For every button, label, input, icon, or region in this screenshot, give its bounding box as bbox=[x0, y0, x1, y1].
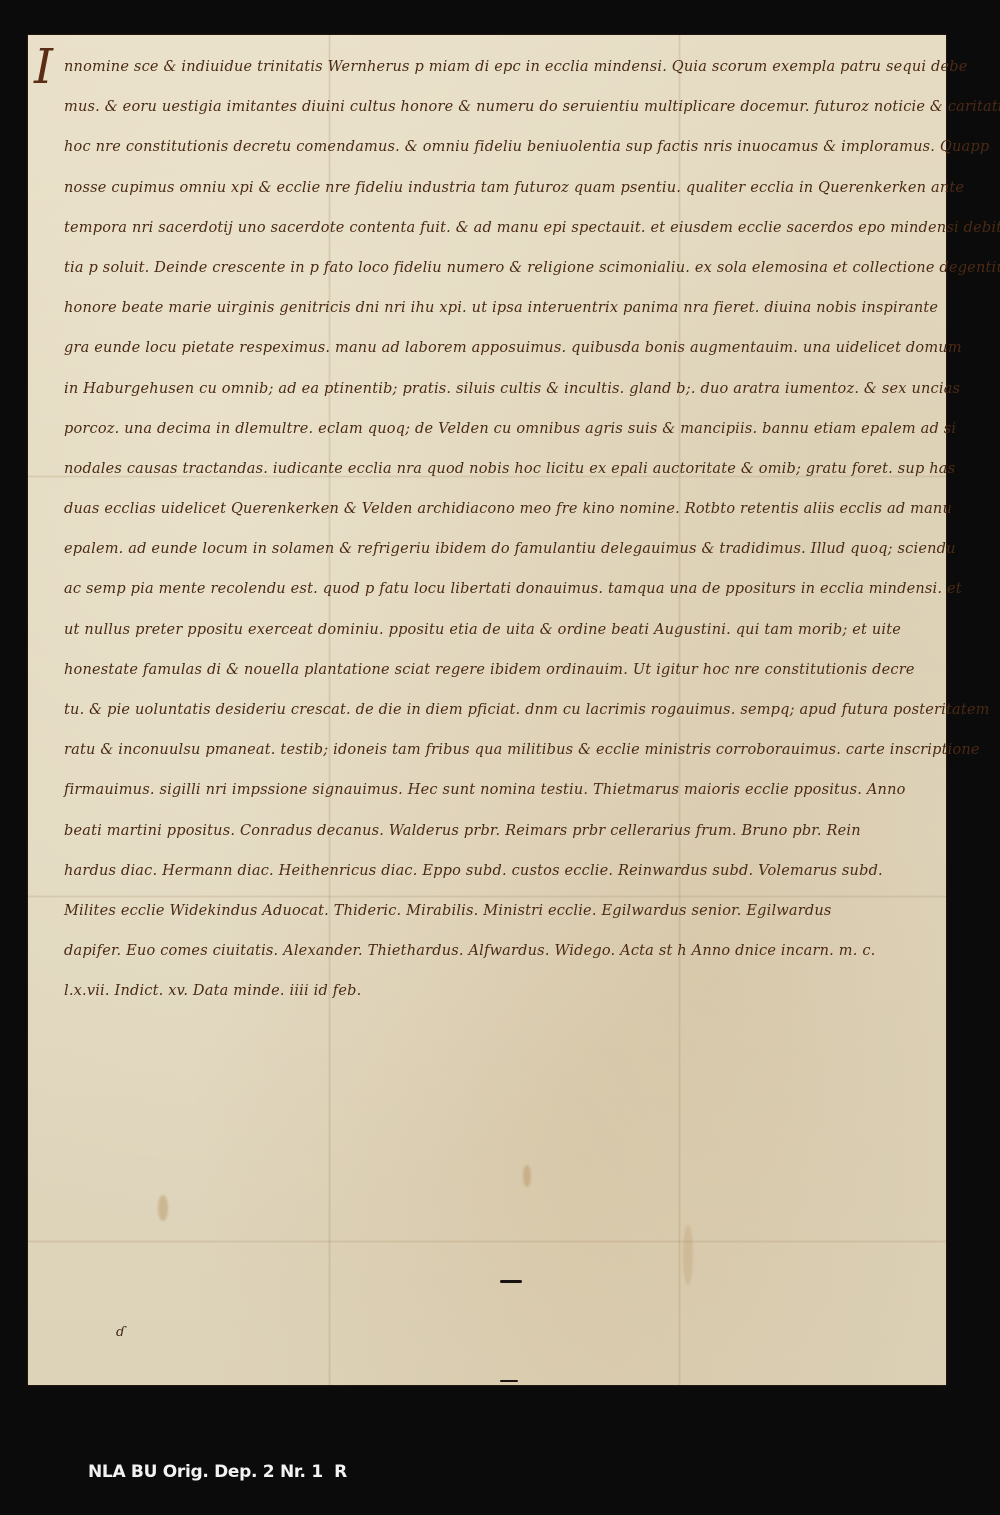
text-line: nosse cupimus omniu xpi & ecclie nre fid… bbox=[64, 168, 944, 208]
stain bbox=[683, 1225, 693, 1285]
line-text: tu. & pie uoluntatis desideriu crescat. … bbox=[64, 690, 990, 730]
line-text: nosse cupimus omniu xpi & ecclie nre fid… bbox=[64, 168, 964, 208]
seal-slit bbox=[500, 1380, 518, 1382]
text-line: duas ecclias uidelicet Querenkerken & Ve… bbox=[64, 489, 944, 529]
line-text: l.x.vii. Indict. xv. Data minde. iiii id… bbox=[64, 971, 361, 1011]
text-line: epalem. ad eunde locum in solamen & refr… bbox=[64, 529, 944, 569]
line-text: beati martini ppositus. Conradus decanus… bbox=[64, 811, 861, 851]
line-text: hoc nre constitutionis decretu comendamu… bbox=[64, 127, 989, 167]
text-line: beati martini ppositus. Conradus decanus… bbox=[64, 811, 944, 851]
line-text: nnomine sce & indiuidue trinitatis Wernh… bbox=[64, 47, 968, 87]
line-text: honestate famulas di & nouella plantatio… bbox=[64, 650, 915, 690]
line-text: nodales causas tractandas. iudicante ecc… bbox=[64, 449, 955, 489]
line-text: ac semp pia mente recolendu est. quod p … bbox=[64, 569, 962, 609]
text-line: porcoz. una decima in dlemultre. eclam q… bbox=[64, 409, 944, 449]
line-text: Milites ecclie Widekindus Aduocat. Thide… bbox=[64, 891, 832, 931]
seal-slit bbox=[500, 1280, 522, 1283]
text-line: tu. & pie uoluntatis desideriu crescat. … bbox=[64, 690, 944, 730]
parchment-charter: I nnomine sce & indiuidue trinitatis Wer… bbox=[28, 35, 946, 1385]
text-line: firmauimus. sigilli nri impssione signau… bbox=[64, 770, 944, 810]
text-line: hardus diac. Hermann diac. Heithenricus … bbox=[64, 851, 944, 891]
text-line: tia p soluit. Deinde crescente in p fato… bbox=[64, 248, 944, 288]
line-text: ut nullus preter ppositu exerceat domini… bbox=[64, 610, 901, 650]
text-line: ut nullus preter ppositu exerceat domini… bbox=[64, 610, 944, 650]
stain bbox=[523, 1165, 531, 1187]
text-line: ratu & inconuulsu pmaneat. testib; idone… bbox=[64, 730, 944, 770]
text-line: honestate famulas di & nouella plantatio… bbox=[64, 650, 944, 690]
text-line: in Haburgehusen cu omnib; ad ea ptinenti… bbox=[64, 369, 944, 409]
line-text: tia p soluit. Deinde crescente in p fato… bbox=[64, 248, 1000, 288]
line-text: epalem. ad eunde locum in solamen & refr… bbox=[64, 529, 956, 569]
text-line: dapifer. Euo comes ciuitatis. Alexander.… bbox=[64, 931, 944, 971]
line-text: honore beate marie uirginis genitricis d… bbox=[64, 288, 938, 328]
text-line: I nnomine sce & indiuidue trinitatis Wer… bbox=[64, 47, 944, 87]
line-text: firmauimus. sigilli nri impssione signau… bbox=[64, 770, 906, 810]
text-line: l.x.vii. Indict. xv. Data minde. iiii id… bbox=[64, 971, 944, 1011]
corner-mark: ɗ bbox=[116, 1325, 125, 1340]
line-text: gra eunde locu pietate respeximus. manu … bbox=[64, 328, 962, 368]
text-line: honore beate marie uirginis genitricis d… bbox=[64, 288, 944, 328]
stain bbox=[158, 1195, 168, 1221]
line-text: in Haburgehusen cu omnib; ad ea ptinenti… bbox=[64, 369, 960, 409]
line-text: dapifer. Euo comes ciuitatis. Alexander.… bbox=[64, 931, 875, 971]
text-line: gra eunde locu pietate respeximus. manu … bbox=[64, 328, 944, 368]
line-text: ratu & inconuulsu pmaneat. testib; idone… bbox=[64, 730, 980, 770]
charter-text: I nnomine sce & indiuidue trinitatis Wer… bbox=[64, 47, 944, 1012]
line-text: tempora nri sacerdotij uno sacerdote con… bbox=[64, 208, 1000, 248]
decorated-initial: I bbox=[34, 39, 53, 95]
line-text: mus. & eoru uestigia imitantes diuini cu… bbox=[64, 87, 1000, 127]
archive-caption: NLA BU Orig. Dep. 2 Nr. 1 R bbox=[88, 1462, 347, 1482]
line-text: porcoz. una decima in dlemultre. eclam q… bbox=[64, 409, 956, 449]
text-line: hoc nre constitutionis decretu comendamu… bbox=[64, 127, 944, 167]
text-line: nodales causas tractandas. iudicante ecc… bbox=[64, 449, 944, 489]
fold-crease-horizontal bbox=[28, 1240, 946, 1243]
line-text: hardus diac. Hermann diac. Heithenricus … bbox=[64, 851, 883, 891]
text-line: tempora nri sacerdotij uno sacerdote con… bbox=[64, 208, 944, 248]
text-line: ac semp pia mente recolendu est. quod p … bbox=[64, 569, 944, 609]
text-line: Milites ecclie Widekindus Aduocat. Thide… bbox=[64, 891, 944, 931]
text-line: mus. & eoru uestigia imitantes diuini cu… bbox=[64, 87, 944, 127]
line-text: duas ecclias uidelicet Querenkerken & Ve… bbox=[64, 489, 952, 529]
